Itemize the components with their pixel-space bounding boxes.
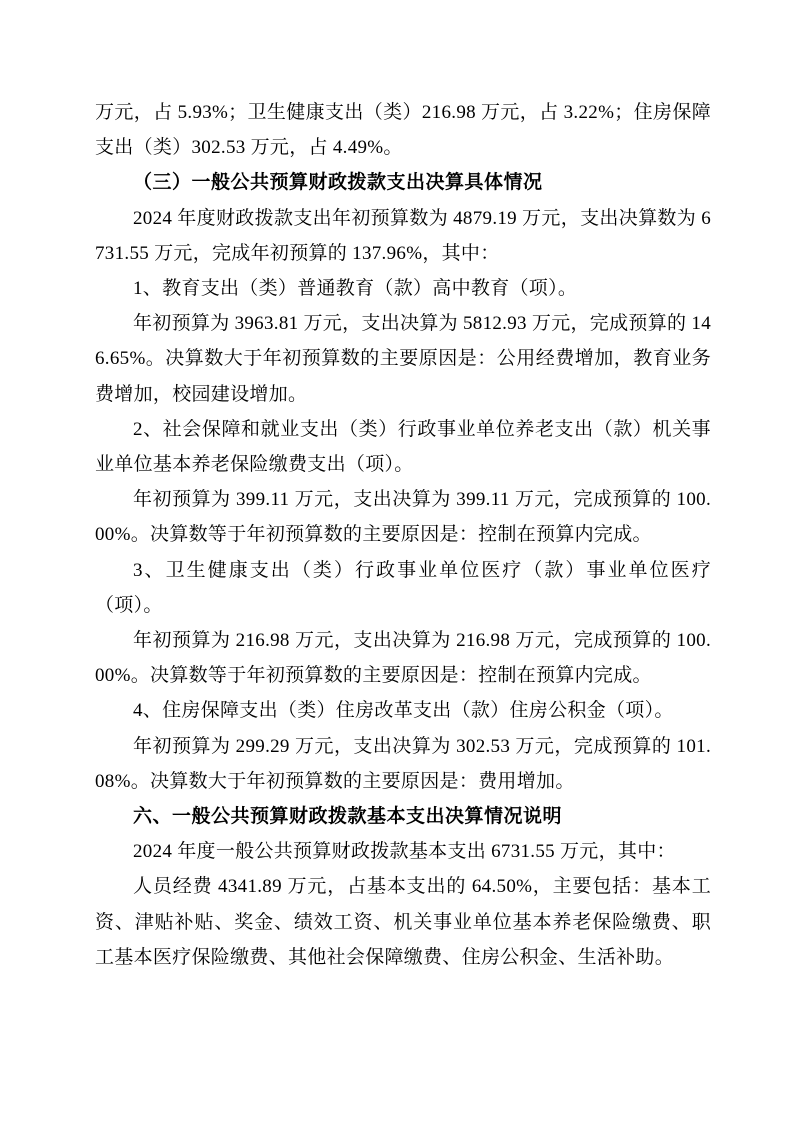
- paragraph-personnel-expense-detail: 人员经费 4341.89 万元，占基本支出的 64.50%，主要包括：基本工资、…: [95, 869, 711, 975]
- paragraph-item-2-social-security: 2、社会保障和就业支出（类）行政事业单位养老支出（款）机关事业单位基本养老保险缴…: [95, 412, 711, 482]
- paragraph-item-2-detail: 年初预算为 399.11 万元，支出决算为 399.11 万元，完成预算的 10…: [95, 482, 711, 552]
- paragraph-item-3-detail: 年初预算为 216.98 万元，支出决算为 216.98 万元，完成预算的 10…: [95, 623, 711, 693]
- paragraph-item-3-health: 3、卫生健康支出（类）行政事业单位医疗（款）事业单位医疗（项）。: [95, 553, 711, 623]
- paragraph-basic-expenditure-overview: 2024 年度一般公共预算财政拨款基本支出 6731.55 万元，其中：: [95, 834, 711, 869]
- paragraph-item-1-education: 1、教育支出（类）普通教育（款）高中教育（项）。: [95, 271, 711, 306]
- document-page: 万元，占 5.93%；卫生健康支出（类）216.98 万元，占 3.22%；住房…: [0, 0, 793, 1122]
- heading-section-six-basic-expenditure: 六、一般公共预算财政拨款基本支出决算情况说明: [95, 799, 711, 834]
- paragraph-item-4-housing: 4、住房保障支出（类）住房改革支出（款）住房公积金（项）。: [95, 693, 711, 728]
- paragraph-item-4-detail: 年初预算为 299.29 万元，支出决算为 302.53 万元，完成预算的 10…: [95, 729, 711, 799]
- paragraph-expenditure-overview: 2024 年度财政拨款支出年初预算数为 4879.19 万元，支出决算数为 67…: [95, 201, 711, 271]
- paragraph-item-1-detail: 年初预算为 3963.81 万元，支出决算为 5812.93 万元，完成预算的 …: [95, 306, 711, 412]
- heading-section-three-expenditure-detail: （三）一般公共预算财政拨款支出决算具体情况: [95, 165, 711, 200]
- paragraph-carryover-expenditure-shares: 万元，占 5.93%；卫生健康支出（类）216.98 万元，占 3.22%；住房…: [95, 95, 711, 165]
